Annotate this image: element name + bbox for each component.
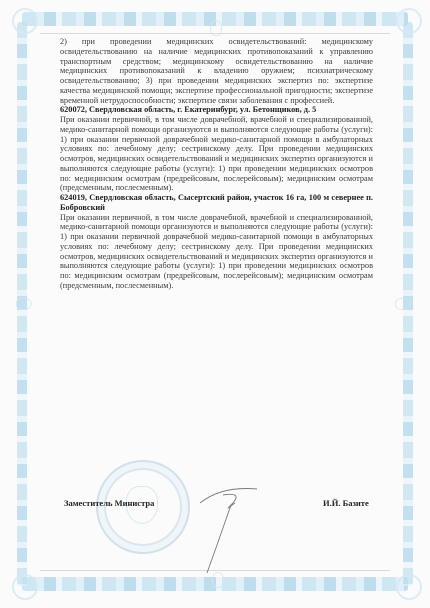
- address-ekaterinburg: 620072, Свердловская область, г. Екатери…: [60, 105, 373, 115]
- corner-flourish-icon: [12, 8, 38, 34]
- document-body: 2) при проведении медицинских освидетель…: [60, 37, 373, 291]
- signatory-position: Заместитель Министра: [64, 498, 154, 508]
- paragraph-examinations: 2) при проведении медицинских освидетель…: [60, 37, 373, 105]
- address-sysert: 624019, Свердловская область, Сысертский…: [60, 193, 373, 213]
- center-ornament-icon: [210, 20, 222, 36]
- side-ornament-icon: [395, 298, 411, 310]
- signatory-name: И.Й. Базите: [323, 498, 369, 508]
- handwritten-signature: [195, 485, 265, 575]
- side-ornament-icon: [16, 298, 32, 310]
- corner-flourish-icon: [12, 574, 38, 600]
- corner-flourish-icon: [396, 574, 422, 600]
- paragraph-services-1: При оказании первичной, в том числе довр…: [60, 115, 373, 193]
- corner-flourish-icon: [396, 8, 422, 34]
- paragraph-services-2: При оказании первичной, в том числе довр…: [60, 213, 373, 291]
